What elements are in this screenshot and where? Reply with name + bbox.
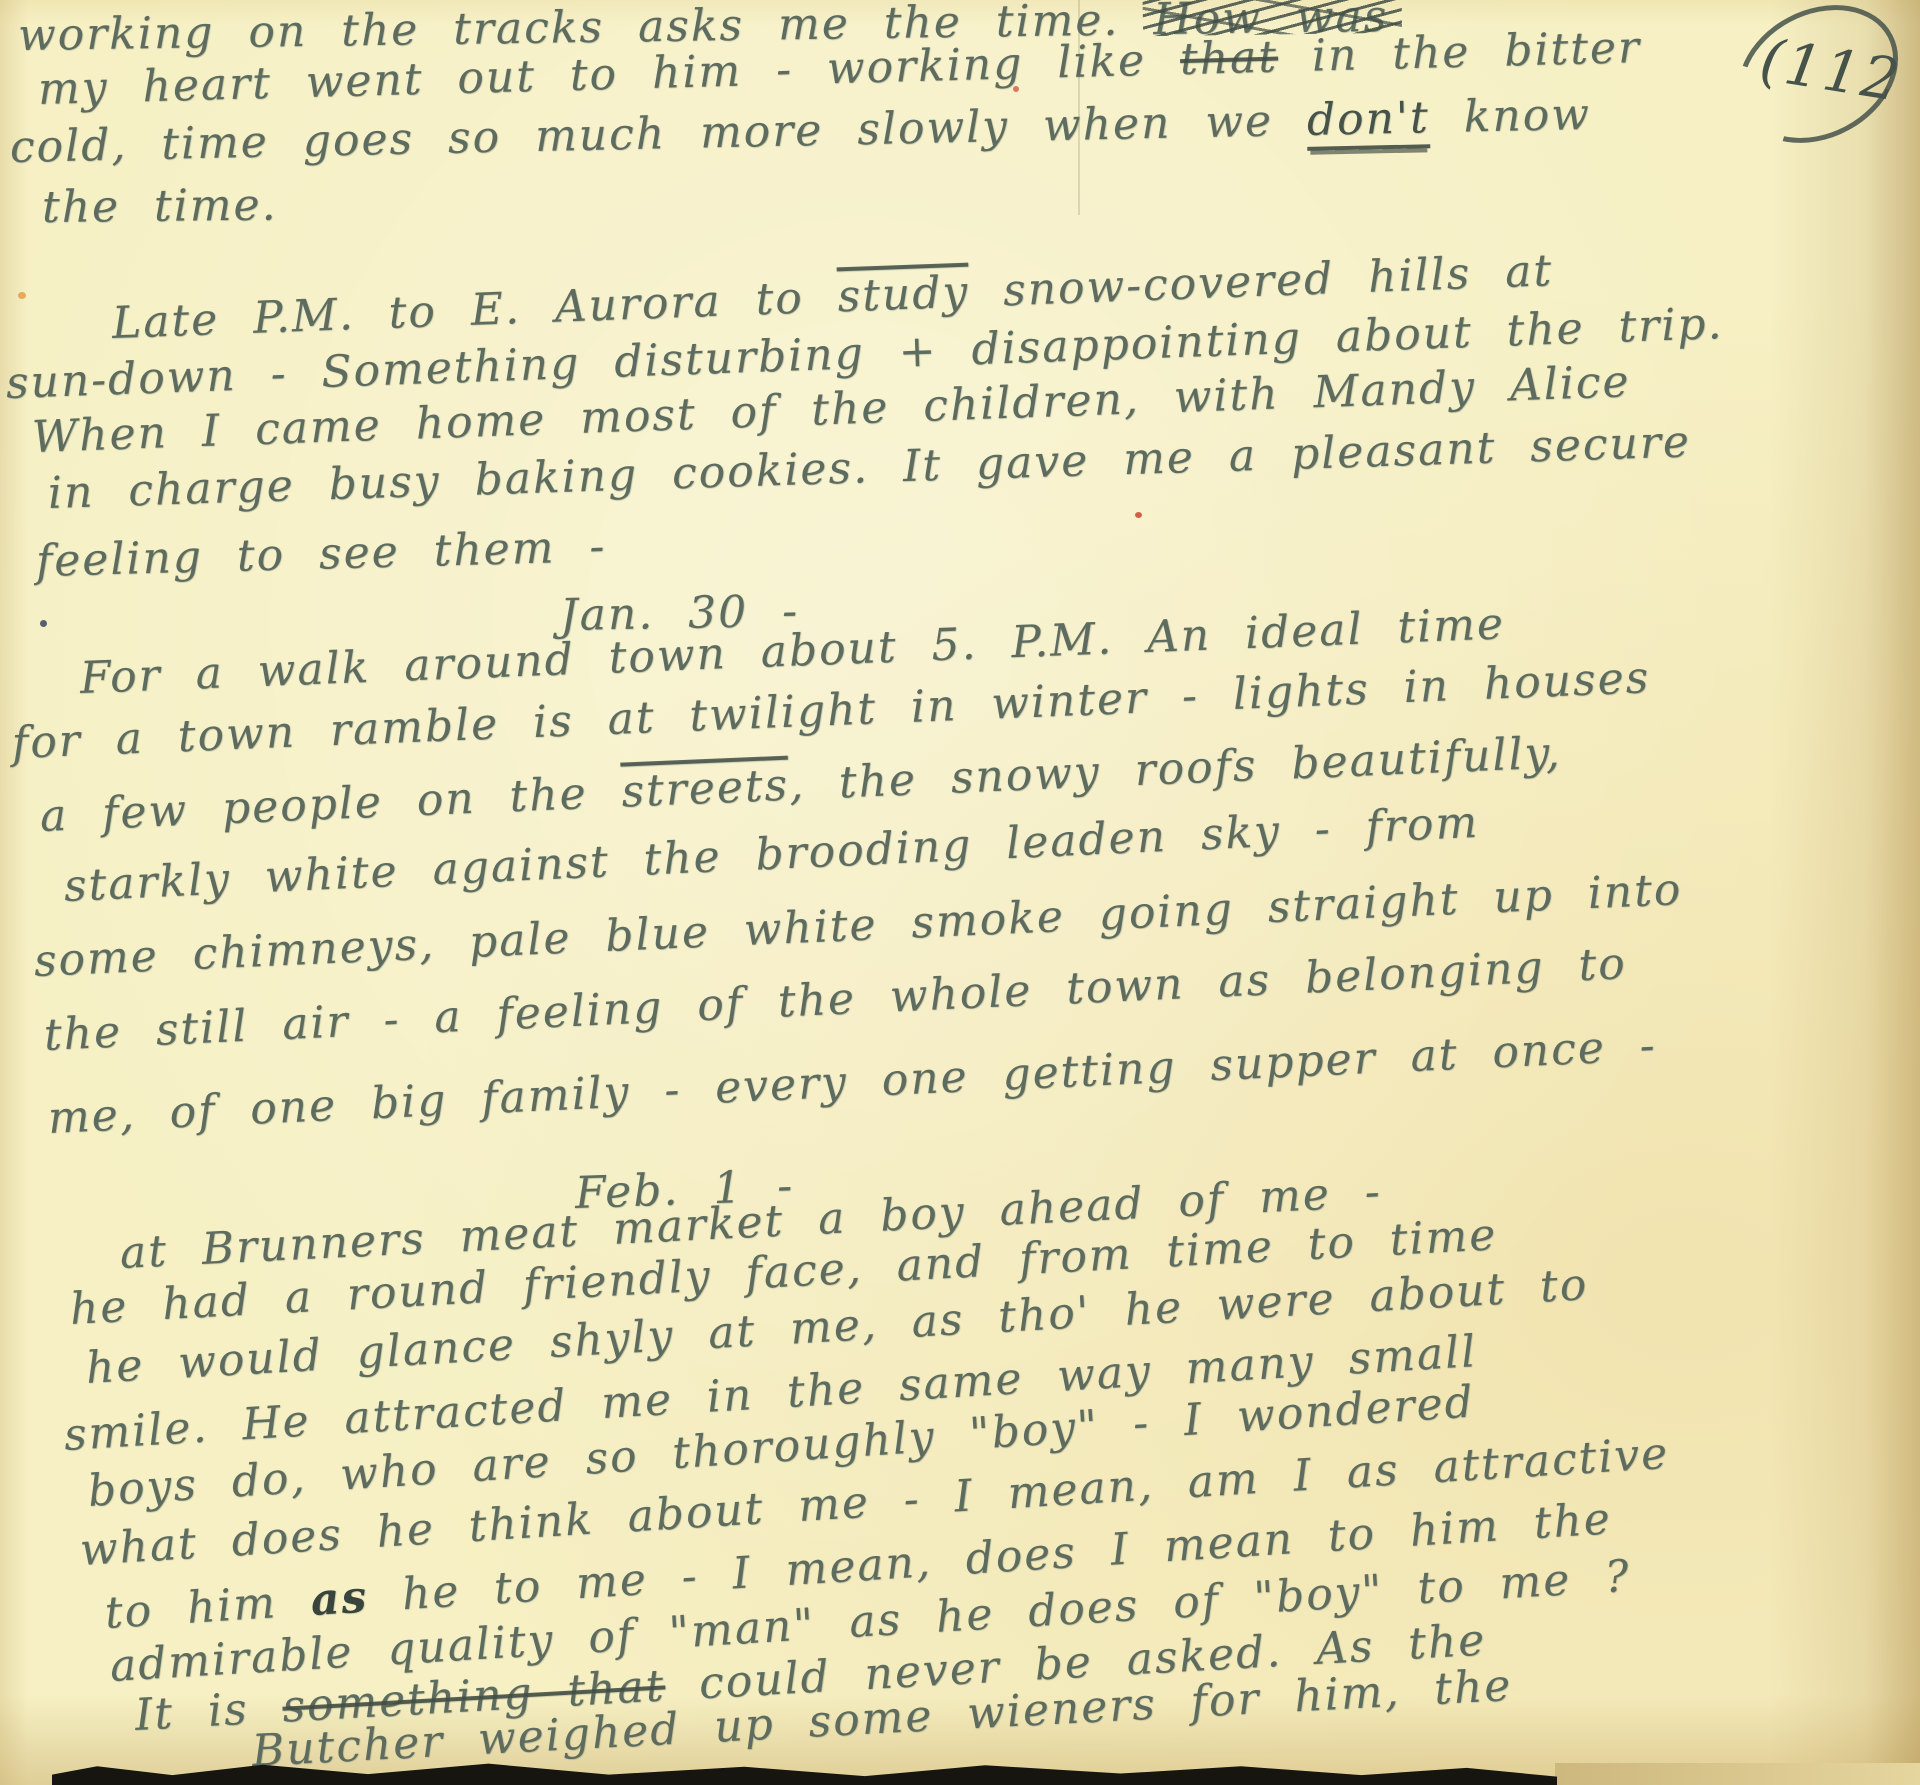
paper-speck (40, 620, 47, 627)
handwriting-tbar: streets (620, 760, 790, 818)
page-number: (112 (1734, 10, 1902, 138)
handwriting-text: to him (103, 1575, 312, 1639)
handwriting-text: know (1429, 89, 1591, 143)
handwriting-tbar: study (837, 267, 970, 323)
handwriting-text: in the bitter (1277, 22, 1641, 82)
scan-edge-tan (1555, 1763, 1920, 1785)
handwriting-underline: don't (1306, 92, 1430, 151)
paper-speck (1135, 512, 1142, 518)
paper-speck (1013, 86, 1019, 92)
handwriting-line: the time. (42, 182, 278, 233)
paper-speck (18, 292, 26, 299)
handwriting-line: feeling to see them - (35, 523, 607, 586)
handwriting-strike: that (1179, 32, 1278, 86)
handwriting-insert: as (309, 1572, 369, 1626)
diary-page: (112 working on the tracks asks me the t… (0, 0, 1920, 1785)
handwriting-text: a few people on the (39, 767, 623, 842)
handwriting-text: feeling to see them - (35, 521, 607, 587)
handwriting-text: the time. (42, 180, 278, 233)
